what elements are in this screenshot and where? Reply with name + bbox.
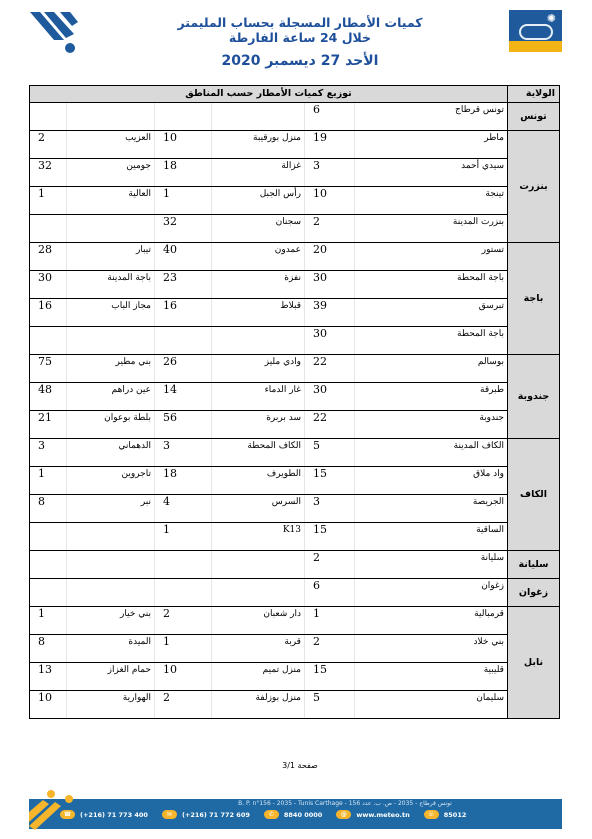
- rainfall-value: 21: [30, 411, 66, 438]
- station-name: تونس قرطاج: [354, 103, 507, 130]
- rainfall-value: 19: [304, 131, 354, 158]
- rainfall-value: 2: [304, 551, 354, 578]
- rainfall-value: 15: [304, 663, 354, 690]
- station-name: [211, 579, 304, 606]
- table-row: قرمبالية1دار شعبان2بني خيار1: [30, 607, 507, 635]
- station-name: قليبية: [354, 663, 507, 690]
- station-name: تستور: [354, 243, 507, 270]
- station-name: نفزة: [211, 271, 304, 298]
- web-icon: @: [336, 810, 351, 819]
- rainfall-value: 6: [304, 579, 354, 606]
- station-name: بني خيار: [66, 607, 154, 634]
- table-row: بنزرت المدينة2سجنان32: [30, 215, 507, 242]
- footer-contact-text[interactable]: www.meteo.tn: [356, 811, 409, 819]
- footer-contact-item: ✉(+216) 71 772 609: [162, 810, 250, 819]
- footer-contact-item: @www.meteo.tn: [336, 810, 409, 819]
- footer-contact-item: ☎(+216) 71 773 400: [60, 810, 148, 819]
- rainfall-value: 3: [154, 439, 211, 466]
- station-name: عمدون: [211, 243, 304, 270]
- phone-icon: ☎: [60, 810, 75, 819]
- governorate-group: نابلقرمبالية1دار شعبان2بني خيار1بني خلاد…: [30, 607, 559, 718]
- station-name: [66, 215, 154, 242]
- rainfall-value: 30: [304, 327, 354, 354]
- station-name: [66, 523, 154, 550]
- station-name: تبرسق: [354, 299, 507, 326]
- station-name: باجة المحطة: [354, 271, 507, 298]
- table-row: واد ملاق15الطويرف18تاجروين1: [30, 467, 507, 495]
- station-name: نبر: [66, 495, 154, 522]
- station-name: غار الدماء: [211, 383, 304, 410]
- rainfall-value: 22: [304, 411, 354, 438]
- station-name: [66, 551, 154, 578]
- table-row: الجريصة3السرس4نبر8: [30, 495, 507, 523]
- station-name: [66, 579, 154, 606]
- station-rows: تستور20عمدون40تيبار28باجة المحطة30نفزة23…: [30, 243, 507, 354]
- governorate-group: باجةتستور20عمدون40تيبار28باجة المحطة30نف…: [30, 243, 559, 355]
- footer-address: B. P. n°156 - 2035 - Tunis Carthage - تو…: [130, 800, 560, 807]
- page-subtitle: خلال 24 ساعة الفارطة: [150, 30, 450, 45]
- rainfall-value: [154, 579, 211, 606]
- station-rows: قرمبالية1دار شعبان2بني خيار1بني خلاد2قرب…: [30, 607, 507, 718]
- rainfall-value: [30, 523, 66, 550]
- station-name: مجاز الباب: [66, 299, 154, 326]
- station-rows: سليانة2: [30, 551, 507, 578]
- meteo-emblem-logo: ✺: [509, 10, 562, 52]
- table-row: تونس قرطاج6: [30, 103, 507, 130]
- table-row: طبرقة30غار الدماء14عين دراهم48: [30, 383, 507, 411]
- governorate-cell: نابل: [507, 607, 559, 718]
- footer-contact-text: 8840 0000: [284, 811, 322, 819]
- station-name: بوسالم: [354, 355, 507, 382]
- station-name: منزل بوزلفة: [211, 691, 304, 718]
- rainfall-value: [154, 551, 211, 578]
- rainfall-value: 2: [304, 635, 354, 662]
- governorate-group: سليانةسليانة2: [30, 551, 559, 579]
- station-name: سد بربرة: [211, 411, 304, 438]
- footer-contact-item: ✆8840 0000: [264, 810, 322, 819]
- footer-contact-text: (+216) 71 773 400: [80, 811, 148, 819]
- rainfall-value: 15: [304, 467, 354, 494]
- station-rows: الكاف المدينة5الكاف المحطة3الدهماني3واد …: [30, 439, 507, 550]
- rainfall-value: 20: [304, 243, 354, 270]
- station-name: قربة: [211, 635, 304, 662]
- rainfall-value: 32: [154, 215, 211, 242]
- rainfall-value: 26: [154, 355, 211, 382]
- station-name: [66, 103, 154, 130]
- fax-icon: ✉: [162, 810, 177, 819]
- rainfall-value: 75: [30, 355, 66, 382]
- station-name: سجنان: [211, 215, 304, 242]
- rainfall-value: 18: [154, 467, 211, 494]
- governorate-cell: سليانة: [507, 551, 559, 578]
- table-row: تبرسق39قبلاط16مجاز الباب16: [30, 299, 507, 327]
- rainfall-value: [154, 327, 211, 354]
- header-zones: توزيع كميات الأمطار حسب المناطق: [30, 86, 507, 102]
- station-name: سليانة: [354, 551, 507, 578]
- footer-contact-item: ☏85012: [424, 810, 467, 819]
- table-row: تستور20عمدون40تيبار28: [30, 243, 507, 271]
- table-row: جندوبة22سد بربرة56بلطة بوعوان21: [30, 411, 507, 438]
- station-name: منزل تميم: [211, 663, 304, 690]
- station-name: السرس: [211, 495, 304, 522]
- station-rows: بوسالم22وادي مليز26بني مطير75طبرقة30غار …: [30, 355, 507, 438]
- station-name: بني مطير: [66, 355, 154, 382]
- station-name: زغوان: [354, 579, 507, 606]
- rainfall-value: [30, 215, 66, 242]
- rainfall-value: [30, 327, 66, 354]
- table-row: بني خلاد2قربة1الميدة8: [30, 635, 507, 663]
- logo-band: [509, 41, 562, 52]
- station-name: قبلاط: [211, 299, 304, 326]
- station-name: سليمان: [354, 691, 507, 718]
- rainfall-value: 1: [154, 635, 211, 662]
- rainfall-value: 39: [304, 299, 354, 326]
- station-name: عين دراهم: [66, 383, 154, 410]
- rainfall-table: الولاية توزيع كميات الأمطار حسب المناطق …: [29, 85, 560, 719]
- station-name: باجة المدينة: [66, 271, 154, 298]
- table-row: ماطر19منزل بورقيبة10العزيب2: [30, 131, 507, 159]
- station-name: ماطر: [354, 131, 507, 158]
- rainfall-value: 40: [154, 243, 211, 270]
- rainfall-value: 30: [304, 383, 354, 410]
- footer-contact-text: (+216) 71 772 609: [182, 811, 250, 819]
- rainfall-value: [154, 103, 211, 130]
- station-name: غزالة: [211, 159, 304, 186]
- station-name: دار شعبان: [211, 607, 304, 634]
- station-name: الكاف المدينة: [354, 439, 507, 466]
- table-row: الساقية15K131: [30, 523, 507, 550]
- governorate-group: زغوانزغوان6: [30, 579, 559, 607]
- rainfall-value: 13: [30, 663, 66, 690]
- station-rows: ماطر19منزل بورقيبة10العزيب2سيدي أحمد3غزا…: [30, 131, 507, 242]
- rainfall-value: 32: [30, 159, 66, 186]
- station-name: الطويرف: [211, 467, 304, 494]
- rainfall-value: 3: [304, 159, 354, 186]
- station-name: واد ملاق: [354, 467, 507, 494]
- rainfall-value: 5: [304, 691, 354, 718]
- table-row: باجة المحطة30نفزة23باجة المدينة30: [30, 271, 507, 299]
- station-name: منزل بورقيبة: [211, 131, 304, 158]
- station-name: K13: [211, 523, 304, 550]
- governorate-group: الكافالكاف المدينة5الكاف المحطة3الدهماني…: [30, 439, 559, 551]
- table-row: سليانة2: [30, 551, 507, 578]
- station-name: تيبار: [66, 243, 154, 270]
- station-name: حمام الغزاز: [66, 663, 154, 690]
- rainfall-value: 8: [30, 495, 66, 522]
- rainfall-value: 30: [30, 271, 66, 298]
- sun-icon: ✺: [547, 13, 556, 24]
- station-name: وادي مليز: [211, 355, 304, 382]
- station-name: [211, 327, 304, 354]
- rainfall-value: 56: [154, 411, 211, 438]
- station-name: سيدي أحمد: [354, 159, 507, 186]
- rainfall-value: 8: [30, 635, 66, 662]
- rainfall-value: 10: [154, 131, 211, 158]
- station-name: [66, 327, 154, 354]
- governorate-cell: الكاف: [507, 439, 559, 550]
- rainfall-value: 2: [304, 215, 354, 242]
- call-center-icon: ✆: [264, 810, 279, 819]
- rainfall-value: 1: [30, 187, 66, 214]
- table-row: باجة المحطة30: [30, 327, 507, 354]
- station-name: رأس الجبل: [211, 187, 304, 214]
- header-governorate: الولاية: [507, 86, 559, 102]
- station-name: العزيب: [66, 131, 154, 158]
- footer-contact-text: 85012: [444, 811, 467, 819]
- rainfall-value: 2: [154, 607, 211, 634]
- station-name: بني خلاد: [354, 635, 507, 662]
- rainfall-value: 18: [154, 159, 211, 186]
- rainfall-value: 4: [154, 495, 211, 522]
- page-title: كميات الأمطار المسجلة بحساب المليمتر: [150, 15, 450, 30]
- cloud-icon: [519, 24, 553, 40]
- station-name: الجريصة: [354, 495, 507, 522]
- table-row: زغوان6: [30, 579, 507, 606]
- rainfall-value: 3: [30, 439, 66, 466]
- rainfall-value: 30: [304, 271, 354, 298]
- rainfall-value: 10: [154, 663, 211, 690]
- station-name: تينجة: [354, 187, 507, 214]
- report-date: الأحد 27 ديسمبر 2020: [150, 53, 450, 69]
- rainfall-value: 1: [154, 523, 211, 550]
- governorate-group: بنزرتماطر19منزل بورقيبة10العزيب2سيدي أحم…: [30, 131, 559, 243]
- rainfall-value: [30, 579, 66, 606]
- rainfall-value: 2: [30, 131, 66, 158]
- page-number: صفحة 3/1: [240, 761, 360, 770]
- rainfall-value: 1: [30, 607, 66, 634]
- station-name: بلطة بوعوان: [66, 411, 154, 438]
- rainfall-value: 10: [304, 187, 354, 214]
- table-row: الكاف المدينة5الكاف المحطة3الدهماني3: [30, 439, 507, 467]
- rainfall-value: 6: [304, 103, 354, 130]
- governorate-group: جندوبةبوسالم22وادي مليز26بني مطير75طبرقة…: [30, 355, 559, 439]
- rainfall-value: 15: [304, 523, 354, 550]
- station-name: الكاف المحطة: [211, 439, 304, 466]
- station-name: [211, 551, 304, 578]
- rainfall-value: 16: [154, 299, 211, 326]
- station-name: طبرقة: [354, 383, 507, 410]
- rainfall-value: 14: [154, 383, 211, 410]
- rainfall-value: 5: [304, 439, 354, 466]
- station-name: جومين: [66, 159, 154, 186]
- table-row: سليمان5منزل بوزلفة2الهوارية10: [30, 691, 507, 718]
- rainfall-value: 28: [30, 243, 66, 270]
- station-name: الميدة: [66, 635, 154, 662]
- hotline-icon: ☏: [424, 810, 439, 819]
- rainfall-value: 22: [304, 355, 354, 382]
- governorate-cell: تونس: [507, 103, 559, 130]
- governorate-cell: بنزرت: [507, 131, 559, 242]
- governorate-cell: جندوبة: [507, 355, 559, 438]
- rainfall-value: 3: [304, 495, 354, 522]
- rainfall-value: 10: [30, 691, 66, 718]
- rainfall-value: 1: [154, 187, 211, 214]
- institute-stripes-logo: [30, 10, 80, 55]
- station-name: تاجروين: [66, 467, 154, 494]
- station-name: [211, 103, 304, 130]
- station-name: قرمبالية: [354, 607, 507, 634]
- rainfall-value: 2: [154, 691, 211, 718]
- table-row: سيدي أحمد3غزالة18جومين32: [30, 159, 507, 187]
- station-name: جندوبة: [354, 411, 507, 438]
- table-header: الولاية توزيع كميات الأمطار حسب المناطق: [30, 86, 559, 103]
- station-name: باجة المحطة: [354, 327, 507, 354]
- table-body: تونستونس قرطاج6بنزرتماطر19منزل بورقيبة10…: [30, 103, 559, 718]
- governorate-group: تونستونس قرطاج6: [30, 103, 559, 131]
- rainfall-value: [30, 551, 66, 578]
- rainfall-value: [30, 103, 66, 130]
- rainfall-value: 1: [30, 467, 66, 494]
- rainfall-value: 1: [304, 607, 354, 634]
- table-row: تينجة10رأس الجبل1العالية1: [30, 187, 507, 215]
- station-rows: زغوان6: [30, 579, 507, 606]
- governorate-cell: باجة: [507, 243, 559, 354]
- table-row: قليبية15منزل تميم10حمام الغزاز13: [30, 663, 507, 691]
- rainfall-value: 48: [30, 383, 66, 410]
- rainfall-value: 16: [30, 299, 66, 326]
- footer-contacts: ☎(+216) 71 773 400✉(+216) 71 772 609✆884…: [60, 810, 560, 819]
- station-name: الهوارية: [66, 691, 154, 718]
- station-name: الساقية: [354, 523, 507, 550]
- governorate-cell: زغوان: [507, 579, 559, 606]
- station-rows: تونس قرطاج6: [30, 103, 507, 130]
- rainfall-value: 23: [154, 271, 211, 298]
- station-name: الدهماني: [66, 439, 154, 466]
- station-name: بنزرت المدينة: [354, 215, 507, 242]
- station-name: العالية: [66, 187, 154, 214]
- table-row: بوسالم22وادي مليز26بني مطير75: [30, 355, 507, 383]
